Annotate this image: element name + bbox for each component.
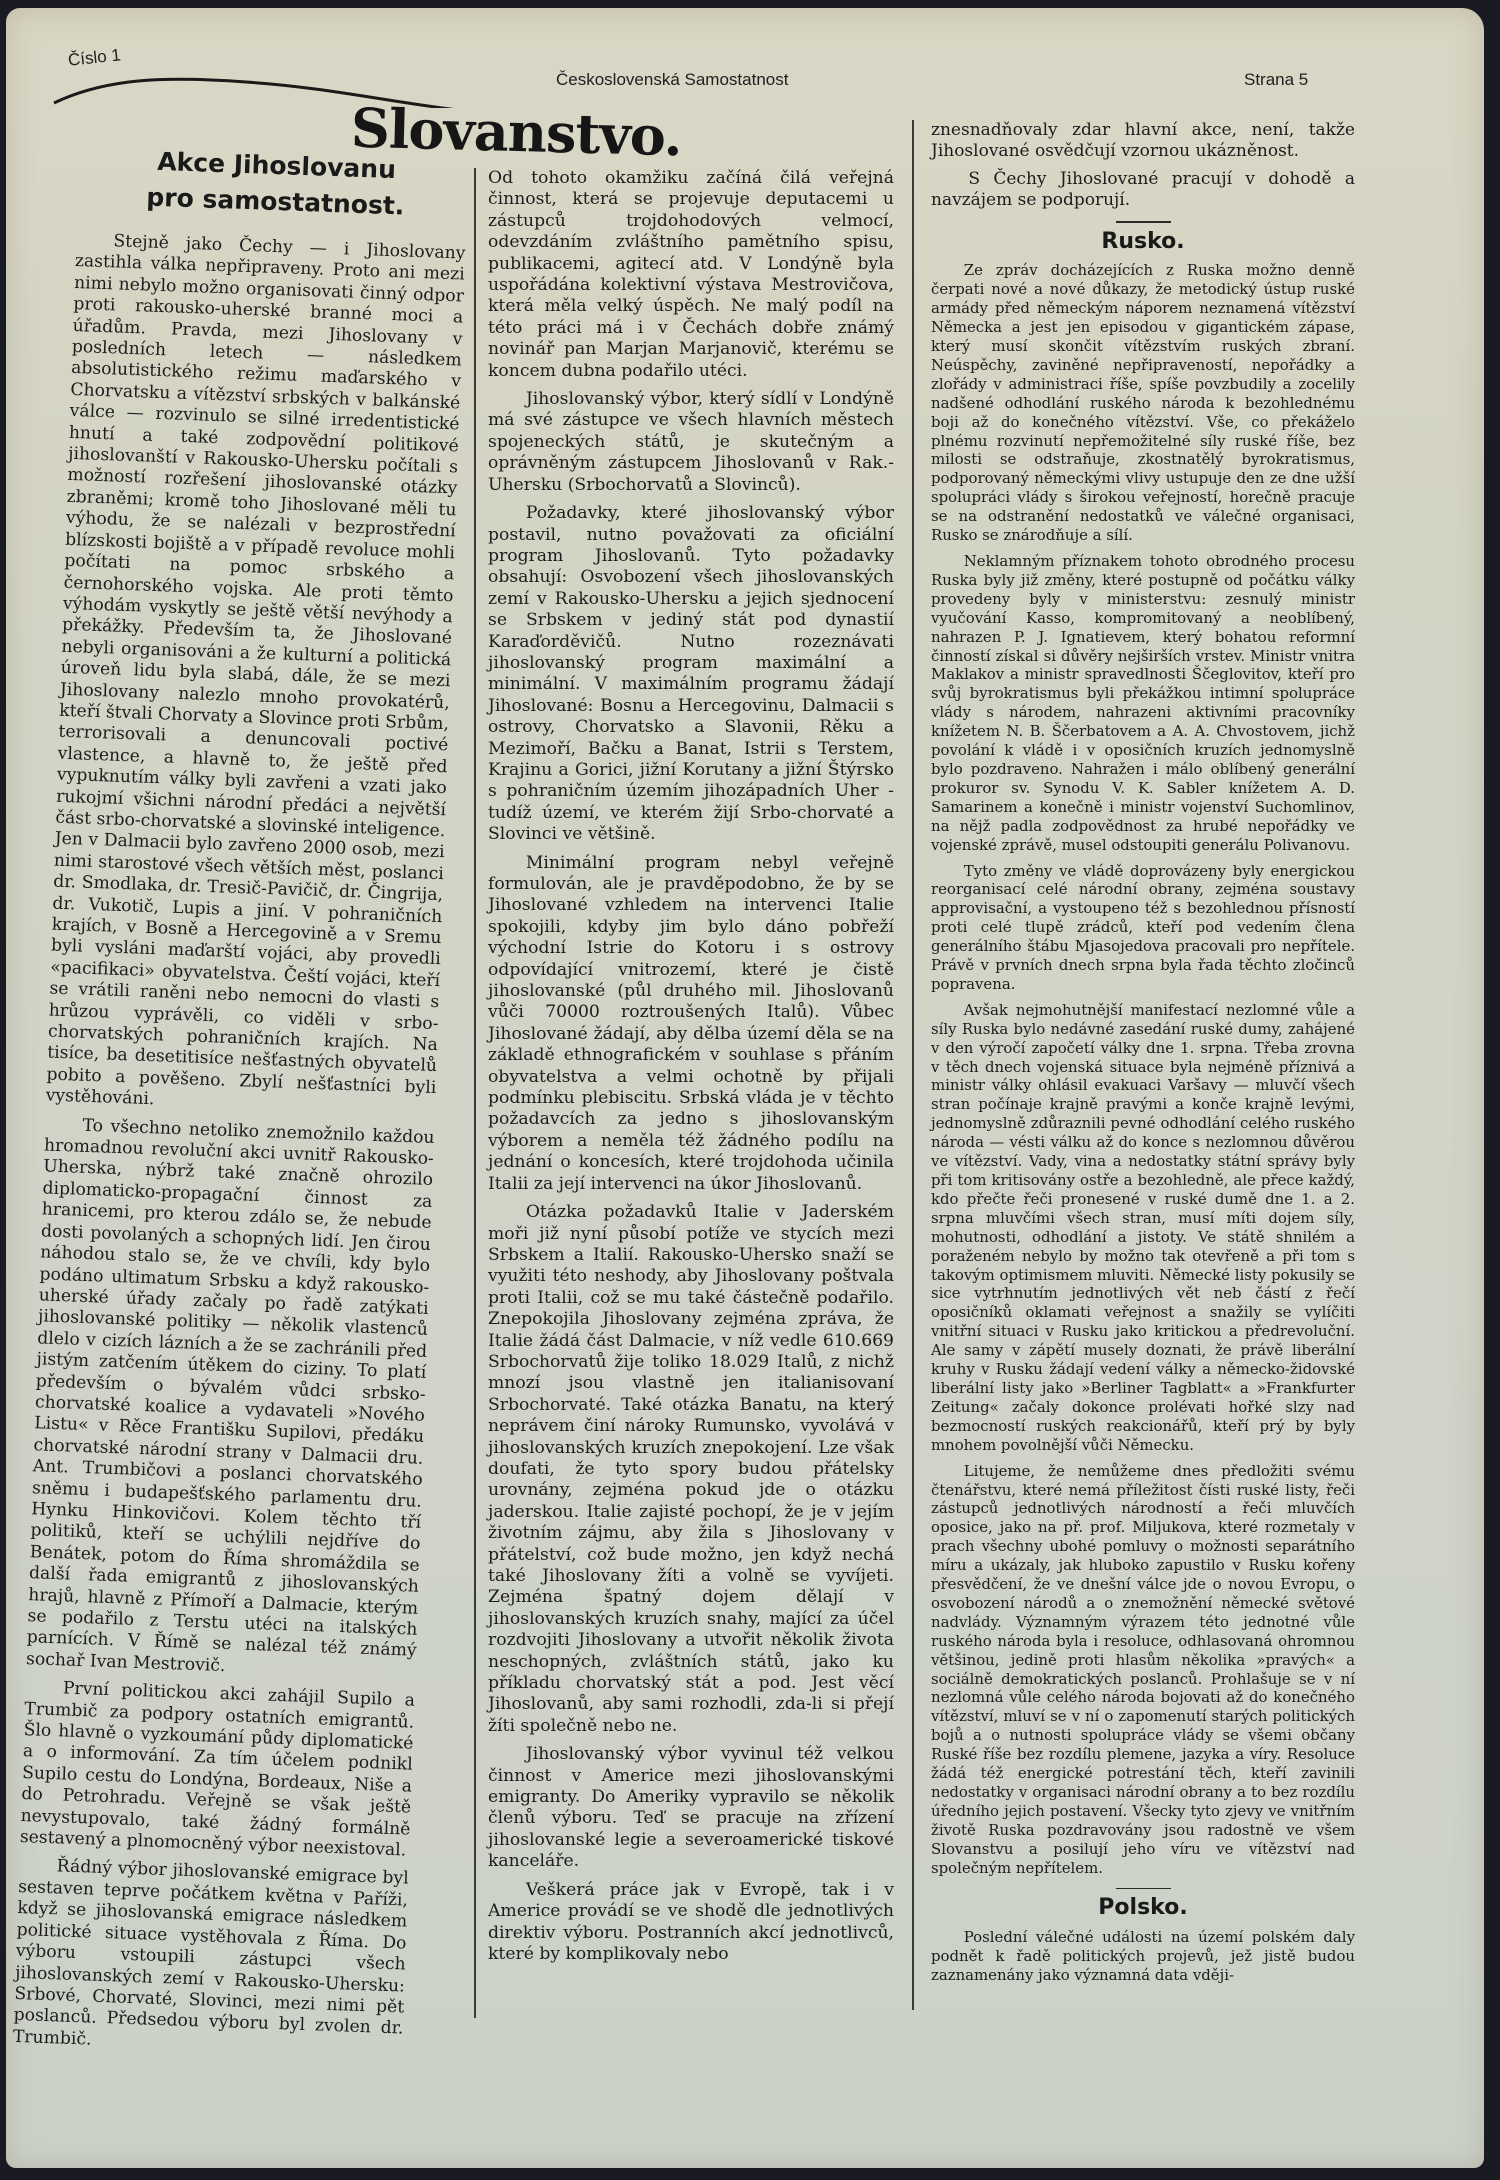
- paragraph: Od tohoto okamžiku začíná čilá veřejná č…: [488, 168, 894, 382]
- paragraph: První politickou akci zahájil Supilo a T…: [19, 1677, 415, 1862]
- section-separator: [1116, 221, 1171, 223]
- paragraph: znesnadňovaly zdar hlavní akce, není, ta…: [931, 120, 1355, 162]
- section-separator: [1116, 1888, 1171, 1890]
- paragraph: Poslední válečné události na území polsk…: [931, 1928, 1355, 1985]
- page-number: Strana 5: [1244, 70, 1308, 90]
- newspaper-page: Číslo 1 Československá Samostatnost Stra…: [6, 8, 1484, 2168]
- paragraph: Otázka požadavků Italie v Jaderském moři…: [488, 1202, 894, 1737]
- column-1: Stejně jako Čechy — i Jihoslovany zastih…: [12, 230, 465, 2069]
- paragraph: Neklamným příznakem tohoto obrodného pro…: [931, 552, 1355, 855]
- paragraph: Jihoslovanský výbor vyvinul též velkou č…: [488, 1744, 894, 1872]
- column-divider: [474, 168, 476, 2018]
- paragraph: To všechno netoliko znemožnilo každou hr…: [26, 1114, 435, 1684]
- page-header: Číslo 1 Československá Samostatnost Stra…: [46, 48, 1356, 108]
- paragraph: Jihoslovanský výbor, který sídlí v Londý…: [488, 389, 894, 496]
- paragraph: Litujeme, že nemůžeme dnes předložiti sv…: [931, 1462, 1355, 1878]
- paragraph: Minimální program nebyl veřejně formulov…: [488, 853, 894, 1196]
- column-2: Od tohoto okamžiku začíná čilá veřejná č…: [488, 168, 894, 1972]
- paragraph: S Čechy Jihoslované pracují v dohodě a n…: [931, 169, 1355, 211]
- article-title: Akce Jihoslovanu pro samostatnost.: [125, 143, 427, 225]
- column-divider: [912, 120, 914, 2010]
- column-3: znesnadňovaly zdar hlavní akce, není, ta…: [931, 120, 1355, 1992]
- paragraph: Avšak nejmohutnější manifestací nezlomné…: [931, 1001, 1355, 1455]
- paragraph: Požadavky, které jihoslovanský výbor pos…: [488, 503, 894, 846]
- paragraph: Veškerá práce jak v Evropě, tak i v Amer…: [488, 1880, 894, 1966]
- rusko-title: Rusko.: [931, 233, 1355, 252]
- paragraph: Stejně jako Čechy — i Jihoslovany zastih…: [45, 230, 465, 1121]
- paragraph: Tyto změny ve vládě doprovázeny byly ene…: [931, 862, 1355, 994]
- polsko-title: Polsko.: [931, 1899, 1355, 1918]
- paragraph: Ze zpráv docházejících z Ruska možno den…: [931, 261, 1355, 545]
- newspaper-name: Československá Samostatnost: [556, 70, 788, 90]
- paragraph: Řádný výbor jihoslovanské emigrace byl s…: [13, 1855, 409, 2061]
